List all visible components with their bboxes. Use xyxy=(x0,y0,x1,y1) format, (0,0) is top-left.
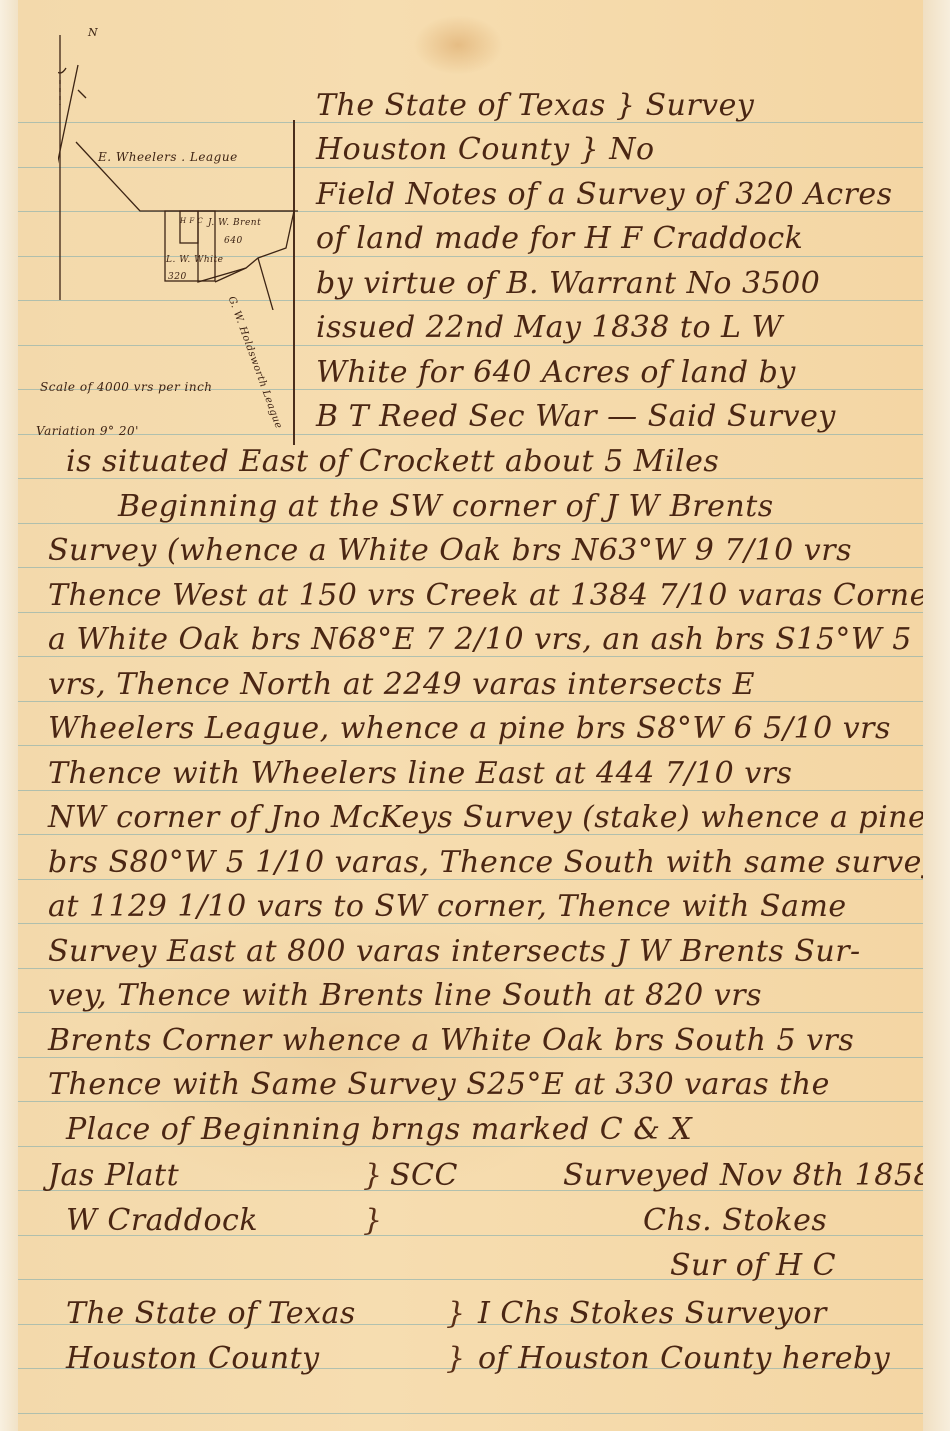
small-tract xyxy=(180,211,198,243)
ruled-line xyxy=(18,434,923,435)
surveyor-signature: Chs. Stokes xyxy=(643,1203,827,1238)
sketch-label-white-acres: 320 xyxy=(168,272,187,282)
ruled-line xyxy=(18,1413,923,1414)
header-line-1: The State of Texas } Survey xyxy=(316,88,754,123)
body-line: vey, Thence with Brents line South at 82… xyxy=(48,978,762,1013)
body-line: Thence with Same Survey S25°E at 330 var… xyxy=(48,1067,830,1102)
body-line: Brents Corner whence a White Oak brs Sou… xyxy=(48,1023,854,1058)
sketch-scale: Scale of 4000 vrs per inch xyxy=(40,380,213,394)
header-line-6: issued 22nd May 1838 to L W xyxy=(316,310,783,345)
brace-icon: } xyxy=(446,1341,466,1376)
body-line: Thence West at 150 vrs Creek at 1384 7/1… xyxy=(48,578,923,613)
sketch-label-wheeler: E. Wheelers . League xyxy=(98,150,238,164)
paper-edge-right xyxy=(923,0,950,1431)
svg-text:N: N xyxy=(87,26,98,39)
body-line: NW corner of Jno McKeys Survey (stake) w… xyxy=(48,800,923,835)
sketch-label-holdsworth: G. W. Holdsworth League xyxy=(226,295,284,430)
body-line: Beginning at the SW corner of J W Brents xyxy=(118,489,774,524)
north-arrow-icon xyxy=(58,68,66,73)
surveyor-title: Sur of H C xyxy=(670,1248,836,1283)
certificate-surveyor: I Chs Stokes Surveyor xyxy=(478,1296,827,1331)
chain-carrier-label: SCC xyxy=(390,1158,458,1193)
body-line: Place of Beginning brngs marked C & X xyxy=(66,1112,692,1147)
header-line-4: of land made for H F Craddock xyxy=(316,221,803,256)
water-stain xyxy=(413,15,503,75)
certificate-county: Houston County xyxy=(66,1341,320,1376)
sketch-label-brent-acres: 640 xyxy=(224,236,243,246)
sketch-label-small-tract: H F C xyxy=(180,217,203,225)
body-line: vrs, Thence North at 2249 varas intersec… xyxy=(48,667,755,702)
chain-carrier-2: W Craddock xyxy=(66,1203,258,1238)
body-line: Thence with Wheelers line East at 444 7/… xyxy=(48,756,792,791)
header-line-3: Field Notes of a Survey of 320 Acres xyxy=(316,177,893,212)
sketch-label-brent: J. W. Brent xyxy=(208,218,261,228)
certificate-county-hereby: of Houston County hereby xyxy=(478,1341,890,1376)
body-line: brs S80°W 5 1/10 varas, Thence South wit… xyxy=(48,845,923,880)
magnetic-line xyxy=(58,65,78,170)
header-line-8: B T Reed Sec War — Said Survey xyxy=(316,399,836,434)
body-line: Survey East at 800 varas intersects J W … xyxy=(48,934,861,969)
sketch-variation: Variation 9° 20' xyxy=(36,424,139,438)
body-line: Wheelers League, whence a pine brs S8°W … xyxy=(48,711,891,746)
brace-icon: } xyxy=(446,1296,466,1331)
header-line-7: White for 640 Acres of land by xyxy=(316,355,796,390)
chain-carrier-1: Jas Platt xyxy=(48,1158,179,1193)
survey-document-page: N E. Wheelers . League J. W. Brent 640 L… xyxy=(18,0,923,1431)
sketch-label-white: L. W. White xyxy=(166,255,223,265)
certificate-state: The State of Texas xyxy=(66,1296,356,1331)
holdsworth-boundary xyxy=(258,258,296,310)
brace-icon: } xyxy=(363,1203,383,1238)
body-line: a White Oak brs N68°E 7 2/10 vrs, an ash… xyxy=(48,622,912,657)
header-line-5: by virtue of B. Warrant No 3500 xyxy=(316,266,820,301)
body-line: at 1129 1/10 vars to SW corner, Thence w… xyxy=(48,889,847,924)
body-line: Survey (whence a White Oak brs N63°W 9 7… xyxy=(48,533,852,568)
header-line-2: Houston County } No xyxy=(316,132,655,167)
ruled-line xyxy=(18,345,923,346)
surveyed-date: Surveyed Nov 8th 1858 xyxy=(563,1158,923,1193)
plat-sketch: N xyxy=(58,20,298,310)
brace-icon: } xyxy=(363,1158,383,1193)
paper-edge-left xyxy=(0,0,18,1431)
body-line: is situated East of Crockett about 5 Mil… xyxy=(66,444,719,479)
